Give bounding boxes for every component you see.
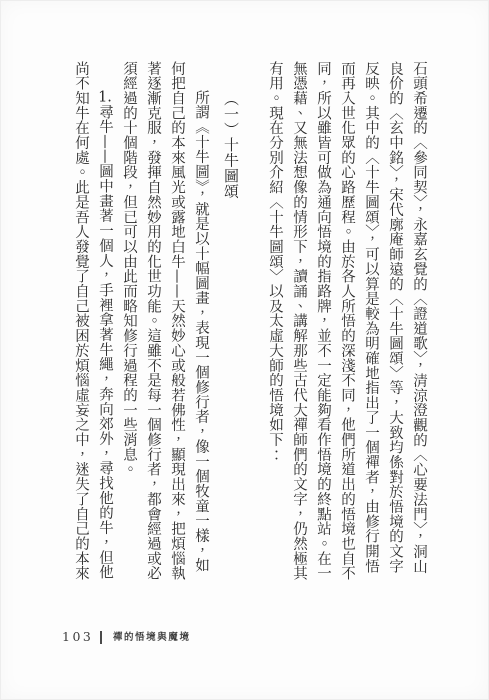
vertical-text-area: 石頭希遷的〈參同契〉，永嘉玄覺的〈證道歌〉，清涼澄觀的〈心要法門〉，洞山良价的〈… bbox=[69, 61, 431, 583]
section-heading: （一）十牛圖頌 bbox=[219, 61, 243, 583]
paragraph-ten-ox-overview: 所謂《十牛圖》，就是以十幅圖畫，表現一個修行者，像一個牧童一樣，如何把自己的本來… bbox=[117, 61, 213, 583]
list-item-number: 1. bbox=[97, 90, 113, 105]
book-page: 石頭希遷的〈參同契〉，永嘉玄覺的〈證道歌〉，清涼澄觀的〈心要法門〉，洞山良价的〈… bbox=[0, 0, 489, 700]
page-number: 103 bbox=[62, 631, 93, 644]
book-title: 禪的悟境與魔境 bbox=[113, 633, 191, 643]
paragraph-intro: 石頭希遷的〈參同契〉，永嘉玄覺的〈證道歌〉，清涼澄觀的〈心要法門〉，洞山良价的〈… bbox=[263, 61, 431, 583]
list-item-seeking-ox: 1.尋牛——圖中畫著一個人，手裡拿著牛繩，奔向郊外，尋找他的牛，但他尚不知牛在何… bbox=[69, 61, 117, 583]
list-item-text: 尋牛——圖中畫著一個人，手裡拿著牛繩，奔向郊外，尋找他的牛，但他尚不知牛在何處。… bbox=[73, 61, 113, 581]
footer-divider bbox=[100, 631, 102, 644]
page-footer: 103 禪的悟境與魔境 bbox=[62, 631, 191, 644]
